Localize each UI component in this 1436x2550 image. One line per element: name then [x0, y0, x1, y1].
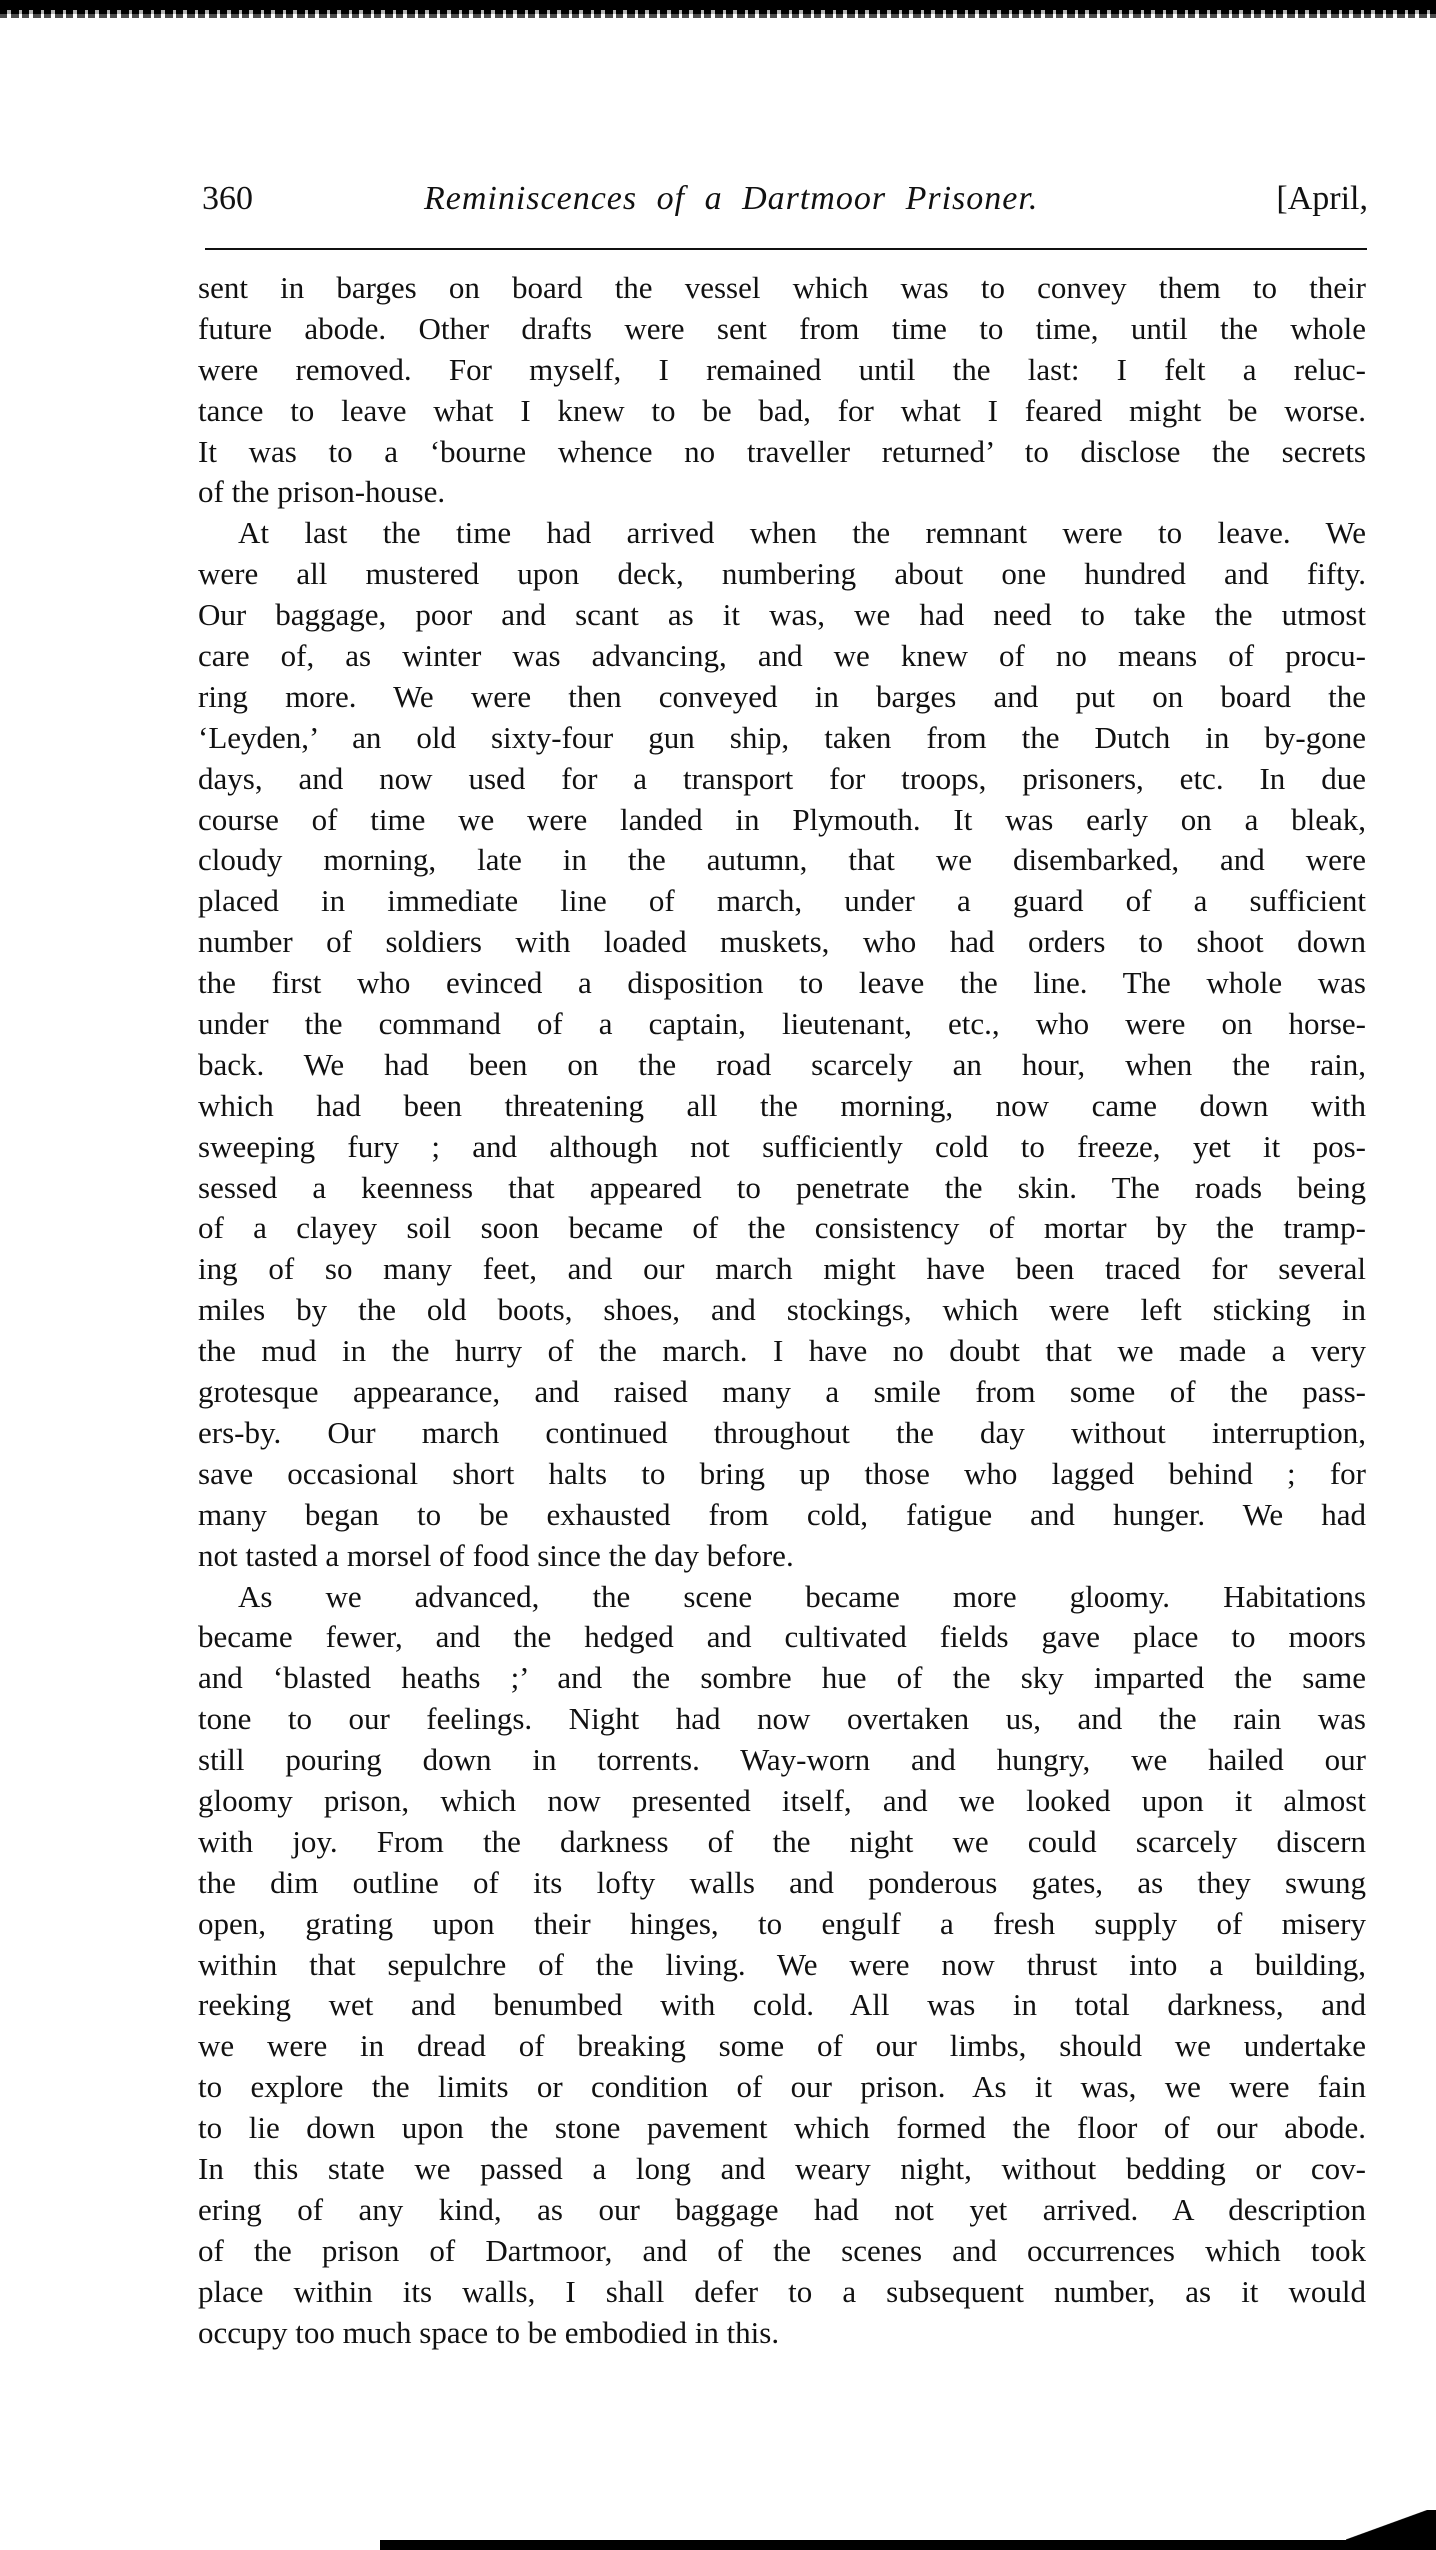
text-line: the first who evinced a disposition to l… [198, 963, 1366, 1004]
text-line: became fewer, and the hedged and cultiva… [198, 1617, 1366, 1658]
text-line: ing of so many feet, and our march might… [198, 1249, 1366, 1290]
text-line: number of soldiers with loaded muskets, … [198, 922, 1366, 963]
page-number: 360 [202, 180, 253, 218]
text-line: gloomy prison, which now presented itsel… [198, 1781, 1366, 1822]
text-line: occupy too much space to be embodied in … [198, 2313, 1366, 2354]
text-line: place within its walls, I shall defer to… [198, 2272, 1366, 2313]
text-line: the dim outline of its lofty walls and p… [198, 1863, 1366, 1904]
text-line: days, and now used for a transport for t… [198, 759, 1366, 800]
text-line: placed in immediate line of march, under… [198, 881, 1366, 922]
text-line: were all mustered upon deck, numbering a… [198, 554, 1366, 595]
text-line: It was to a ‘bourne whence no traveller … [198, 432, 1366, 473]
text-line: miles by the old boots, shoes, and stock… [198, 1290, 1366, 1331]
text-line: Our baggage, poor and scant as it was, w… [198, 595, 1366, 636]
text-line: with joy. From the darkness of the night… [198, 1822, 1366, 1863]
text-line: ‘Leyden,’ an old sixty-four gun ship, ta… [198, 718, 1366, 759]
running-head: 360 Reminiscences of a Dartmoor Prisoner… [202, 180, 1368, 230]
text-line: course of time we were landed in Plymout… [198, 800, 1366, 841]
text-line: under the command of a captain, lieutena… [198, 1004, 1366, 1045]
text-line: not tasted a morsel of food since the da… [198, 1536, 1366, 1577]
text-line: sent in barges on board the vessel which… [198, 268, 1366, 309]
paragraph-start-line: At last the time had arrived when the re… [198, 513, 1366, 554]
text-line: ering of any kind, as our baggage had no… [198, 2190, 1366, 2231]
text-line: and ‘blasted heaths ;’ and the sombre hu… [198, 1658, 1366, 1699]
text-line: cloudy morning, late in the autumn, that… [198, 840, 1366, 881]
text-line: of a clayey soil soon became of the cons… [198, 1208, 1366, 1249]
text-line: save occasional short halts to bring up … [198, 1454, 1366, 1495]
text-line: still pouring down in torrents. Way-worn… [198, 1740, 1366, 1781]
running-title: Reminiscences of a Dartmoor Prisoner. [424, 180, 1038, 218]
paragraph-start-line: As we advanced, the scene became more gl… [198, 1577, 1366, 1618]
text-line: of the prison-house. [198, 472, 1366, 513]
scan-border-corner [1346, 2510, 1436, 2550]
text-line: to lie down upon the stone pavement whic… [198, 2108, 1366, 2149]
text-line: to explore the limits or condition of ou… [198, 2067, 1366, 2108]
body-text: sent in barges on board the vessel which… [198, 268, 1366, 2353]
text-line: which had been threatening all the morni… [198, 1086, 1366, 1127]
text-line: tance to leave what I knew to be bad, fo… [198, 391, 1366, 432]
text-line: many began to be exhausted from cold, fa… [198, 1495, 1366, 1536]
scan-border-top [0, 0, 1436, 14]
text-line: within that sepulchre of the living. We … [198, 1945, 1366, 1986]
text-line: future abode. Other drafts were sent fro… [198, 309, 1366, 350]
scan-border-bottom [380, 2540, 1436, 2550]
text-line: open, grating upon their hinges, to engu… [198, 1904, 1366, 1945]
text-line: care of, as winter was advancing, and we… [198, 636, 1366, 677]
text-line: tone to our feelings. Night had now over… [198, 1699, 1366, 1740]
header-rule [205, 248, 1367, 250]
text-line: back. We had been on the road scarcely a… [198, 1045, 1366, 1086]
text-line: ers-by. Our march continued throughout t… [198, 1413, 1366, 1454]
text-line: were removed. For myself, I remained unt… [198, 350, 1366, 391]
text-line: grotesque appearance, and raised many a … [198, 1372, 1366, 1413]
text-line: sessed a keenness that appeared to penet… [198, 1168, 1366, 1209]
text-line: In this state we passed a long and weary… [198, 2149, 1366, 2190]
running-date: [April, [1276, 180, 1368, 218]
text-line: we were in dread of breaking some of our… [198, 2026, 1366, 2067]
text-line: reeking wet and benumbed with cold. All … [198, 1985, 1366, 2026]
text-line: of the prison of Dartmoor, and of the sc… [198, 2231, 1366, 2272]
text-line: ring more. We were then conveyed in barg… [198, 677, 1366, 718]
text-line: sweeping fury ; and although not suffici… [198, 1127, 1366, 1168]
text-line: the mud in the hurry of the march. I hav… [198, 1331, 1366, 1372]
